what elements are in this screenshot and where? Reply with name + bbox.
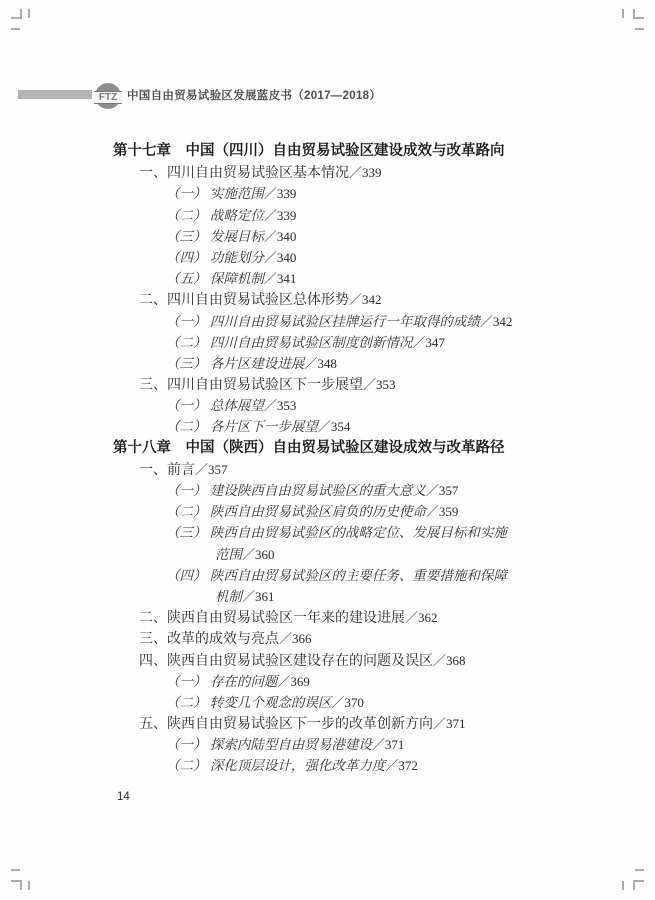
toc-entry-text: 机制 <box>215 589 242 604</box>
crop-mark <box>633 880 635 890</box>
toc-entry-text: （一） 存在的问题 <box>166 674 277 689</box>
toc-entry: 一、前言／357 <box>0 459 655 480</box>
toc-entry: （一） 总体展望／353 <box>0 395 655 416</box>
toc-entry: （一） 四川自由贸易试验区挂牌运行一年取得的成绩／342 <box>0 311 655 332</box>
toc-entry-text: （三） 陕西自由贸易试验区的战略定位、发展目标和实施 <box>166 525 507 540</box>
toc-entry: （一） 实施范围／339 <box>0 183 655 204</box>
toc-entry: （五） 保障机制／341 <box>0 268 655 289</box>
toc-entry: 五、陕西自由贸易试验区下一步的改革创新方向／371 <box>0 713 655 734</box>
crop-mark <box>28 9 30 18</box>
toc-entry: （一） 存在的问题／369 <box>0 671 655 692</box>
toc-entry-page: ／353 <box>363 377 396 392</box>
toc-entry-page: ／339 <box>264 186 297 201</box>
toc-entry-text: （一） 实施范围 <box>166 186 264 201</box>
toc-entry-text: （一） 总体展望 <box>166 398 264 413</box>
toc-entry: （二） 各片区下一步展望／354 <box>0 416 655 437</box>
toc-entry-page: ／361 <box>242 589 275 604</box>
toc-entry-page: ／339 <box>264 208 297 223</box>
ftz-logo-band: FTZ <box>94 91 122 104</box>
toc-entry: （三） 各片区建设进展／348 <box>0 353 655 374</box>
crop-mark <box>635 28 644 30</box>
toc-entry-text: 范围 <box>215 547 242 562</box>
toc-entry-page: ／354 <box>318 419 351 434</box>
toc-entry-text: 二、四川自由贸易试验区总体形势 <box>139 293 349 308</box>
toc-entry-page: ／347 <box>412 335 445 350</box>
toc-chapter-heading: 第十八章 中国（陕西）自由贸易试验区建设成效与改革路径 <box>0 438 655 459</box>
header-rule <box>18 90 92 99</box>
toc-entry-text: （二） 陕西自由贸易试验区肩负的历史使命 <box>166 504 426 519</box>
toc-entry-text: （一） 探索内陆型自由贸易港建设 <box>166 737 372 752</box>
toc-entry-text: （三） 发展目标 <box>166 229 264 244</box>
toc-entry: （三） 发展目标／340 <box>0 226 655 247</box>
toc-entry: 一、四川自由贸易试验区基本情况／339 <box>0 162 655 183</box>
toc-entry-page: ／342 <box>349 292 382 307</box>
toc-entry-text: 一、四川自由贸易试验区基本情况 <box>139 166 349 181</box>
toc-entry-page: ／357 <box>195 462 228 477</box>
toc-entry-page: ／353 <box>264 398 297 413</box>
toc-entry-text: （五） 保障机制 <box>166 271 264 286</box>
toc-entry-page: ／371 <box>433 716 466 731</box>
toc-entry-text: 三、改革的成效与亮点 <box>139 632 279 647</box>
toc-entry-text: （二） 深化顶层设计，强化改革力度 <box>166 758 385 773</box>
toc-entry: （四） 功能划分／340 <box>0 247 655 268</box>
page-number: 14 <box>117 791 130 803</box>
toc-entry: 四、陕西自由贸易试验区建设存在的问题及误区／368 <box>0 650 655 671</box>
toc-entry-text: （四） 陕西自由贸易试验区的主要任务、重要措施和保障 <box>166 568 507 583</box>
toc-entry: 三、四川自由贸易试验区下一步展望／353 <box>0 374 655 395</box>
toc-entry: （二） 战略定位／339 <box>0 205 655 226</box>
toc-entry-page: ／372 <box>385 758 418 773</box>
toc-entry-text: （二） 转变几个观念的误区 <box>166 695 331 710</box>
toc-entry-page: ／362 <box>405 610 438 625</box>
toc-entry-page: ／371 <box>372 737 405 752</box>
toc-entry-text: （四） 功能划分 <box>166 250 264 265</box>
toc-entry-page: ／341 <box>264 271 297 286</box>
toc-entry-text: （二） 四川自由贸易试验区制度创新情况 <box>166 335 412 350</box>
toc-entry: （二） 转变几个观念的误区／370 <box>0 692 655 713</box>
toc-entry: （三） 陕西自由贸易试验区的战略定位、发展目标和实施 <box>0 522 655 543</box>
toc-entry-text: 第十七章 中国（四川）自由贸易试验区建设成效与改革路向 <box>113 143 505 159</box>
toc-entry: 机制／361 <box>0 586 655 607</box>
toc-entry: 三、改革的成效与亮点／366 <box>0 628 655 649</box>
toc-entry-page: ／368 <box>433 653 466 668</box>
toc-entry-page: ／339 <box>349 165 382 180</box>
crop-mark <box>633 17 644 19</box>
toc-entry: （二） 深化顶层设计，强化改革力度／372 <box>0 755 655 776</box>
toc-entry: 二、四川自由贸易试验区总体形势／342 <box>0 289 655 310</box>
crop-mark <box>11 28 20 30</box>
book-title: 中国自由贸易试验区发展蓝皮书（2017—2018） <box>127 87 381 103</box>
crop-mark <box>11 869 20 871</box>
toc-entry: （二） 陕西自由贸易试验区肩负的历史使命／359 <box>0 501 655 522</box>
toc-entry-page: ／366 <box>279 631 312 646</box>
toc-entry-text: 三、四川自由贸易试验区下一步展望 <box>139 378 363 393</box>
toc-entry-text: （一） 四川自由贸易试验区挂牌运行一年取得的成绩 <box>166 314 480 329</box>
crop-mark <box>28 881 30 890</box>
toc-entry-page: ／340 <box>264 250 297 265</box>
ftz-logo-text: FTZ <box>99 93 117 103</box>
toc-entry-text: 五、陕西自由贸易试验区下一步的改革创新方向 <box>139 717 433 732</box>
toc-chapter-heading: 第十七章 中国（四川）自由贸易试验区建设成效与改革路向 <box>0 141 655 162</box>
toc-list: 第十七章 中国（四川）自由贸易试验区建设成效与改革路向一、四川自由贸易试验区基本… <box>0 141 655 777</box>
toc-entry-text: 四、陕西自由贸易试验区建设存在的问题及误区 <box>139 654 433 669</box>
toc-entry-text: （二） 战略定位 <box>166 208 264 223</box>
toc-entry-text: 一、前言 <box>139 463 195 478</box>
book-page: FTZ 中国自由贸易试验区发展蓝皮书（2017—2018） 第十七章 中国（四川… <box>0 0 655 900</box>
toc-entry-text: （三） 各片区建设进展 <box>166 356 304 371</box>
crop-mark <box>622 9 624 18</box>
crop-mark <box>622 881 624 890</box>
toc-entry-text: 二、陕西自由贸易试验区一年来的建设进展 <box>139 611 405 626</box>
toc-entry-text: 第十八章 中国（陕西）自由贸易试验区建设成效与改革路径 <box>113 440 505 456</box>
ftz-logo-icon: FTZ <box>95 83 121 109</box>
toc-entry-text: （一） 建设陕西自由贸易试验区的重大意义 <box>166 483 426 498</box>
toc-entry: （四） 陕西自由贸易试验区的主要任务、重要措施和保障 <box>0 565 655 586</box>
toc-entry-page: ／359 <box>426 504 459 519</box>
toc-entry-page: ／348 <box>304 356 337 371</box>
toc-entry-page: ／340 <box>264 229 297 244</box>
toc-entry-page: ／369 <box>277 674 310 689</box>
toc-entry-page: ／357 <box>426 483 459 498</box>
toc-entry: （二） 四川自由贸易试验区制度创新情况／347 <box>0 332 655 353</box>
crop-mark <box>20 880 22 890</box>
toc-entry-text: （二） 各片区下一步展望 <box>166 419 318 434</box>
toc-entry: 范围／360 <box>0 544 655 565</box>
crop-mark <box>635 869 644 871</box>
toc-entry-page: ／360 <box>242 547 275 562</box>
toc-entry: 二、陕西自由贸易试验区一年来的建设进展／362 <box>0 607 655 628</box>
toc-entry-page: ／370 <box>331 695 364 710</box>
toc-entry-page: ／342 <box>480 314 513 329</box>
crop-mark <box>11 17 22 19</box>
toc-entry: （一） 探索内陆型自由贸易港建设／371 <box>0 734 655 755</box>
toc-entry: （一） 建设陕西自由贸易试验区的重大意义／357 <box>0 480 655 501</box>
